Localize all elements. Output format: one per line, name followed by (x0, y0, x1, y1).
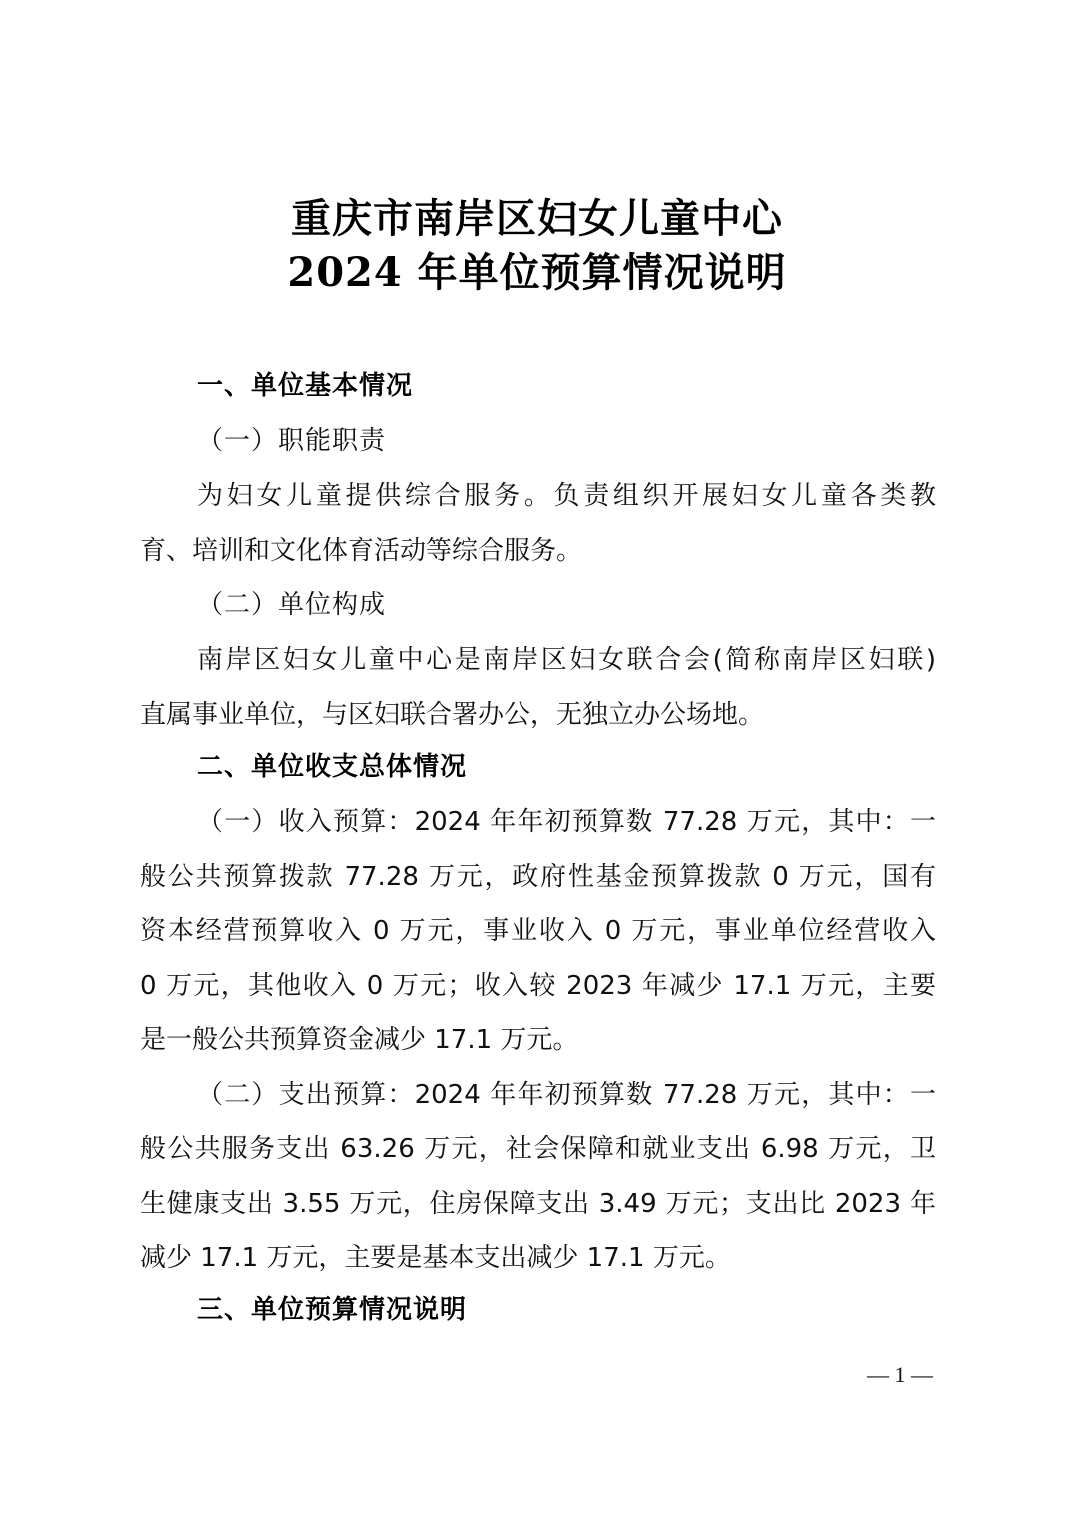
paragraph-line-income: 是一般公共预算资金减少 17.1 万元。 (140, 1022, 936, 1058)
paragraph-line-income: 般公共预算拨款 77.28 万元，政府性基金预算拨款 0 万元，国有 (140, 859, 936, 895)
document-title-line2: 2024 年单位预算情况说明 (0, 248, 1074, 298)
subsection-heading-functions: （一）职能职责 (197, 423, 936, 459)
paragraph-line: 为妇女儿童提供综合服务。负责组织开展妇女儿童各类教 (197, 478, 936, 514)
page-number: — 1 — (860, 1362, 940, 1388)
paragraph-line-income: 资本经营预算收入 0 万元，事业收入 0 万元，事业单位经营收入 (140, 913, 936, 949)
section-heading-3: 三、单位预算情况说明 (197, 1292, 936, 1328)
paragraph-line-expenditure: （二）支出预算：2024 年年初预算数 77.28 万元，其中：一 (197, 1077, 936, 1113)
document-title-line1: 重庆市南岸区妇女儿童中心 (0, 194, 1074, 244)
paragraph-line-expenditure: 般公共服务支出 63.26 万元，社会保障和就业支出 6.98 万元，卫 (140, 1131, 936, 1167)
section-heading-1: 一、单位基本情况 (197, 368, 936, 404)
paragraph-line: 直属事业单位，与区妇联合署办公，无独立办公场地。 (140, 697, 936, 733)
paragraph-line-expenditure: 减少 17.1 万元，主要是基本支出减少 17.1 万元。 (140, 1240, 936, 1276)
paragraph-line: 育、培训和文化体育活动等综合服务。 (140, 533, 936, 569)
document-page: 重庆市南岸区妇女儿童中心 2024 年单位预算情况说明 一、单位基本情况 （一）… (0, 0, 1074, 1520)
subsection-heading-composition: （二）单位构成 (197, 587, 936, 623)
paragraph-line-expenditure: 生健康支出 3.55 万元，住房保障支出 3.49 万元；支出比 2023 年 (140, 1186, 936, 1222)
paragraph-line-income: （一）收入预算：2024 年年初预算数 77.28 万元，其中：一 (197, 804, 936, 840)
paragraph-line-income: 0 万元，其他收入 0 万元；收入较 2023 年减少 17.1 万元，主要 (140, 968, 936, 1004)
section-heading-2: 二、单位收支总体情况 (197, 749, 936, 785)
paragraph-line: 南岸区妇女儿童中心是南岸区妇女联合会(简称南岸区妇联) (197, 642, 936, 678)
